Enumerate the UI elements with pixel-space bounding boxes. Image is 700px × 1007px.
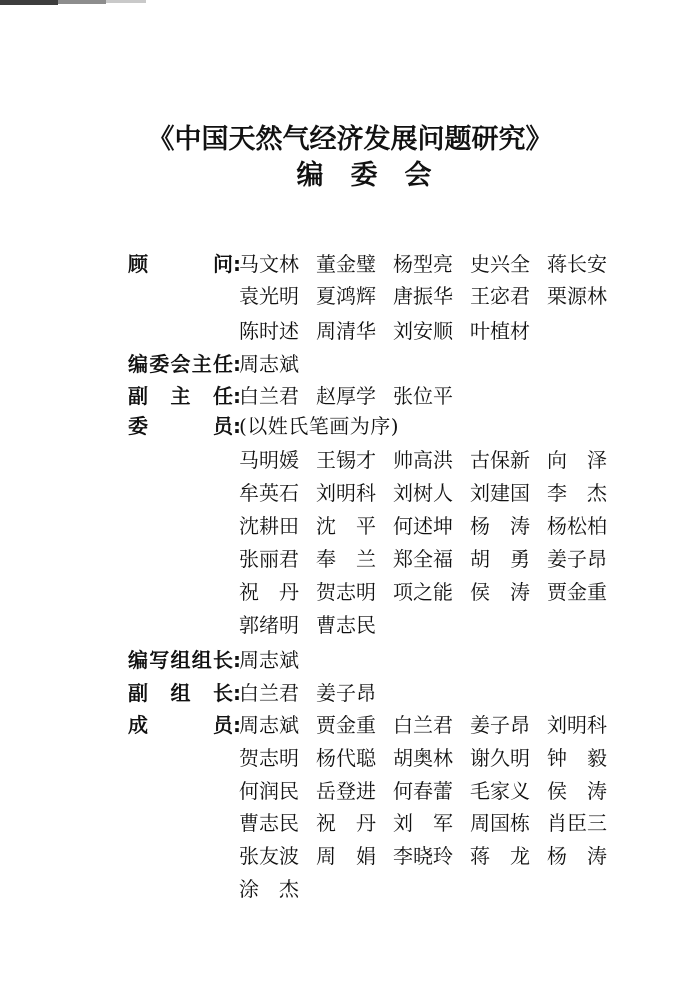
- name-list: 张友波 周 娟 李晓玲 蒋 龙 杨 涛: [239, 845, 607, 867]
- person-name: 向 泽: [547, 449, 607, 471]
- row-group-members-5: 张友波 周 娟 李晓玲 蒋 龙 杨 涛: [239, 845, 607, 867]
- row-members-6: 郭绪明 曹志民: [239, 614, 376, 636]
- person-name: 刘建国: [470, 482, 530, 504]
- person-name: 贺志明: [239, 747, 299, 769]
- name-list: 马文林 董金璧 杨型亮 史兴全 蒋长安: [239, 253, 607, 275]
- person-name: 涂 杰: [239, 878, 299, 900]
- row-writing-group-leader: 编写组组长 : 周志斌: [128, 649, 299, 671]
- person-name: 沈耕田: [239, 515, 299, 537]
- person-name: 周志斌: [239, 353, 299, 375]
- person-name: 牟英石: [239, 482, 299, 504]
- name-list: 祝 丹 贺志明 项之能 侯 涛 贾金重: [239, 581, 607, 603]
- book-title: 《中国天然气经济发展问题研究》: [0, 124, 700, 156]
- row-group-members-4: 曹志民 祝 丹 刘 军 周国栋 肖臣三: [239, 812, 607, 834]
- name-list: 牟英石 刘明科 刘树人 刘建国 李 杰: [239, 482, 607, 504]
- person-name: 周 娟: [316, 845, 376, 867]
- role-label: 顾问: [128, 253, 233, 275]
- person-name: 刘安顺: [393, 320, 453, 342]
- row-deputy-director: 副主任 : 白兰君 赵厚学 张位平: [128, 385, 453, 407]
- row-group-members-3: 何润民 岳登进 何春蕾 毛家义 侯 涛: [239, 780, 607, 802]
- row-advisors-1: 顾问 : 马文林 董金璧 杨型亮 史兴全 蒋长安: [128, 253, 607, 275]
- name-list: 周志斌: [239, 649, 299, 671]
- person-name: 刘 军: [393, 812, 453, 834]
- name-list: 白兰君 赵厚学 张位平: [239, 385, 453, 407]
- person-name: 古保新: [470, 449, 530, 471]
- name-list: 马明媛 王锡才 帅高洪 古保新 向 泽: [239, 449, 607, 471]
- person-name: 白兰君: [239, 385, 299, 407]
- person-name: 何述坤: [393, 515, 453, 537]
- name-list: 贺志明 杨代聪 胡奥林 谢久明 钟 毅: [239, 747, 607, 769]
- person-name: 刘明科: [316, 482, 376, 504]
- row-group-members-1: 成员 : 周志斌 贾金重 白兰君 姜子昂 刘明科: [128, 714, 607, 736]
- person-name: 胡 勇: [470, 548, 530, 570]
- person-name: 钟 毅: [547, 747, 607, 769]
- row-group-members-6: 涂 杰: [239, 878, 299, 900]
- name-list: 郭绪明 曹志民: [239, 614, 376, 636]
- person-name: 何润民: [239, 780, 299, 802]
- role-label: 编写组组长: [128, 649, 233, 671]
- person-name: 姜子昂: [470, 714, 530, 736]
- person-name: 李 杰: [547, 482, 607, 504]
- person-name: 史兴全: [470, 253, 530, 275]
- person-name: 杨松柏: [547, 515, 607, 537]
- scan-artifact-dark: [0, 0, 58, 5]
- role-label: 成员: [128, 714, 233, 736]
- person-name: 岳登进: [316, 780, 376, 802]
- name-list: 张丽君 奉 兰 郑全福 胡 勇 姜子昂: [239, 548, 607, 570]
- role-label: 副组长: [128, 682, 233, 704]
- scan-artifact-gray: [58, 0, 106, 4]
- name-list: 涂 杰: [239, 878, 299, 900]
- person-name: 杨 涛: [547, 845, 607, 867]
- name-list: 何润民 岳登进 何春蕾 毛家义 侯 涛: [239, 780, 607, 802]
- person-name: 栗源林: [547, 285, 607, 307]
- role-label: 副主任: [128, 385, 233, 407]
- person-name: 祝 丹: [239, 581, 299, 603]
- committee-heading: 编 委 会: [0, 160, 700, 192]
- person-name: 李晓玲: [393, 845, 453, 867]
- role-label: 委员: [128, 415, 233, 437]
- name-list: (以姓氏笔画为序): [239, 415, 399, 437]
- person-name: 夏鸿辉: [316, 285, 376, 307]
- person-name: 肖臣三: [547, 812, 607, 834]
- person-name: 蒋长安: [547, 253, 607, 275]
- role-label: 编委会主任: [128, 353, 233, 375]
- person-name: 侯 涛: [547, 780, 607, 802]
- person-name: 毛家义: [470, 780, 530, 802]
- person-name: 沈 平: [316, 515, 376, 537]
- person-name: 赵厚学: [316, 385, 376, 407]
- person-name: 董金璧: [316, 253, 376, 275]
- name-list: 周志斌 贾金重 白兰君 姜子昂 刘明科: [239, 714, 607, 736]
- name-list: 曹志民 祝 丹 刘 军 周国栋 肖臣三: [239, 812, 607, 834]
- person-name: 姜子昂: [547, 548, 607, 570]
- person-name: 张丽君: [239, 548, 299, 570]
- person-name: 蒋 龙: [470, 845, 530, 867]
- person-name: 马文林: [239, 253, 299, 275]
- row-members-2: 牟英石 刘明科 刘树人 刘建国 李 杰: [239, 482, 607, 504]
- person-name: 叶植材: [470, 320, 530, 342]
- row-advisors-3: 陈时述 周清华 刘安顺 叶植材: [239, 320, 530, 342]
- person-name: 张位平: [393, 385, 453, 407]
- person-name: 白兰君: [393, 714, 453, 736]
- person-name: 王锡才: [316, 449, 376, 471]
- name-list: 周志斌: [239, 353, 299, 375]
- person-name: 奉 兰: [316, 548, 376, 570]
- person-name: 袁光明: [239, 285, 299, 307]
- person-name: 谢久明: [470, 747, 530, 769]
- name-list: 沈耕田 沈 平 何述坤 杨 涛 杨松柏: [239, 515, 607, 537]
- person-name: 何春蕾: [393, 780, 453, 802]
- person-name: 侯 涛: [470, 581, 530, 603]
- row-deputy-group-leader: 副组长 : 白兰君 姜子昂: [128, 682, 376, 704]
- person-name: 郑全福: [393, 548, 453, 570]
- person-name: 陈时述: [239, 320, 299, 342]
- row-group-members-2: 贺志明 杨代聪 胡奥林 谢久明 钟 毅: [239, 747, 607, 769]
- row-members-4: 张丽君 奉 兰 郑全福 胡 勇 姜子昂: [239, 548, 607, 570]
- person-name: 贺志明: [316, 581, 376, 603]
- person-name: 贾金重: [316, 714, 376, 736]
- name-list: 袁光明 夏鸿辉 唐振华 王宓君 栗源林: [239, 285, 607, 307]
- person-name: 马明媛: [239, 449, 299, 471]
- person-name: 刘明科: [547, 714, 607, 736]
- person-name: 贾金重: [547, 581, 607, 603]
- person-name: 周清华: [316, 320, 376, 342]
- row-members-1: 马明媛 王锡才 帅高洪 古保新 向 泽: [239, 449, 607, 471]
- person-name: 张友波: [239, 845, 299, 867]
- row-members-header: 委员 : (以姓氏笔画为序): [128, 415, 399, 437]
- person-name: 曹志民: [316, 614, 376, 636]
- person-name: 杨代聪: [316, 747, 376, 769]
- person-name: 帅高洪: [393, 449, 453, 471]
- row-members-3: 沈耕田 沈 平 何述坤 杨 涛 杨松柏: [239, 515, 607, 537]
- row-committee-director: 编委会主任 : 周志斌: [128, 353, 299, 375]
- person-name: 项之能: [393, 581, 453, 603]
- person-name: 杨 涛: [470, 515, 530, 537]
- row-advisors-2: 袁光明 夏鸿辉 唐振华 王宓君 栗源林: [239, 285, 607, 307]
- person-name: 周国栋: [470, 812, 530, 834]
- person-name: 祝 丹: [316, 812, 376, 834]
- name-list: 陈时述 周清华 刘安顺 叶植材: [239, 320, 530, 342]
- person-name: 刘树人: [393, 482, 453, 504]
- person-name: 郭绪明: [239, 614, 299, 636]
- person-name: 曹志民: [239, 812, 299, 834]
- person-name: 周志斌: [239, 714, 299, 736]
- person-name: 姜子昂: [316, 682, 376, 704]
- person-name: 杨型亮: [393, 253, 453, 275]
- person-name: 唐振华: [393, 285, 453, 307]
- sort-order-note: (以姓氏笔画为序): [239, 415, 399, 437]
- name-list: 白兰君 姜子昂: [239, 682, 376, 704]
- person-name: 王宓君: [470, 285, 530, 307]
- person-name: 白兰君: [239, 682, 299, 704]
- person-name: 周志斌: [239, 649, 299, 671]
- row-members-5: 祝 丹 贺志明 项之能 侯 涛 贾金重: [239, 581, 607, 603]
- person-name: 胡奥林: [393, 747, 453, 769]
- scan-artifact-light: [106, 0, 146, 3]
